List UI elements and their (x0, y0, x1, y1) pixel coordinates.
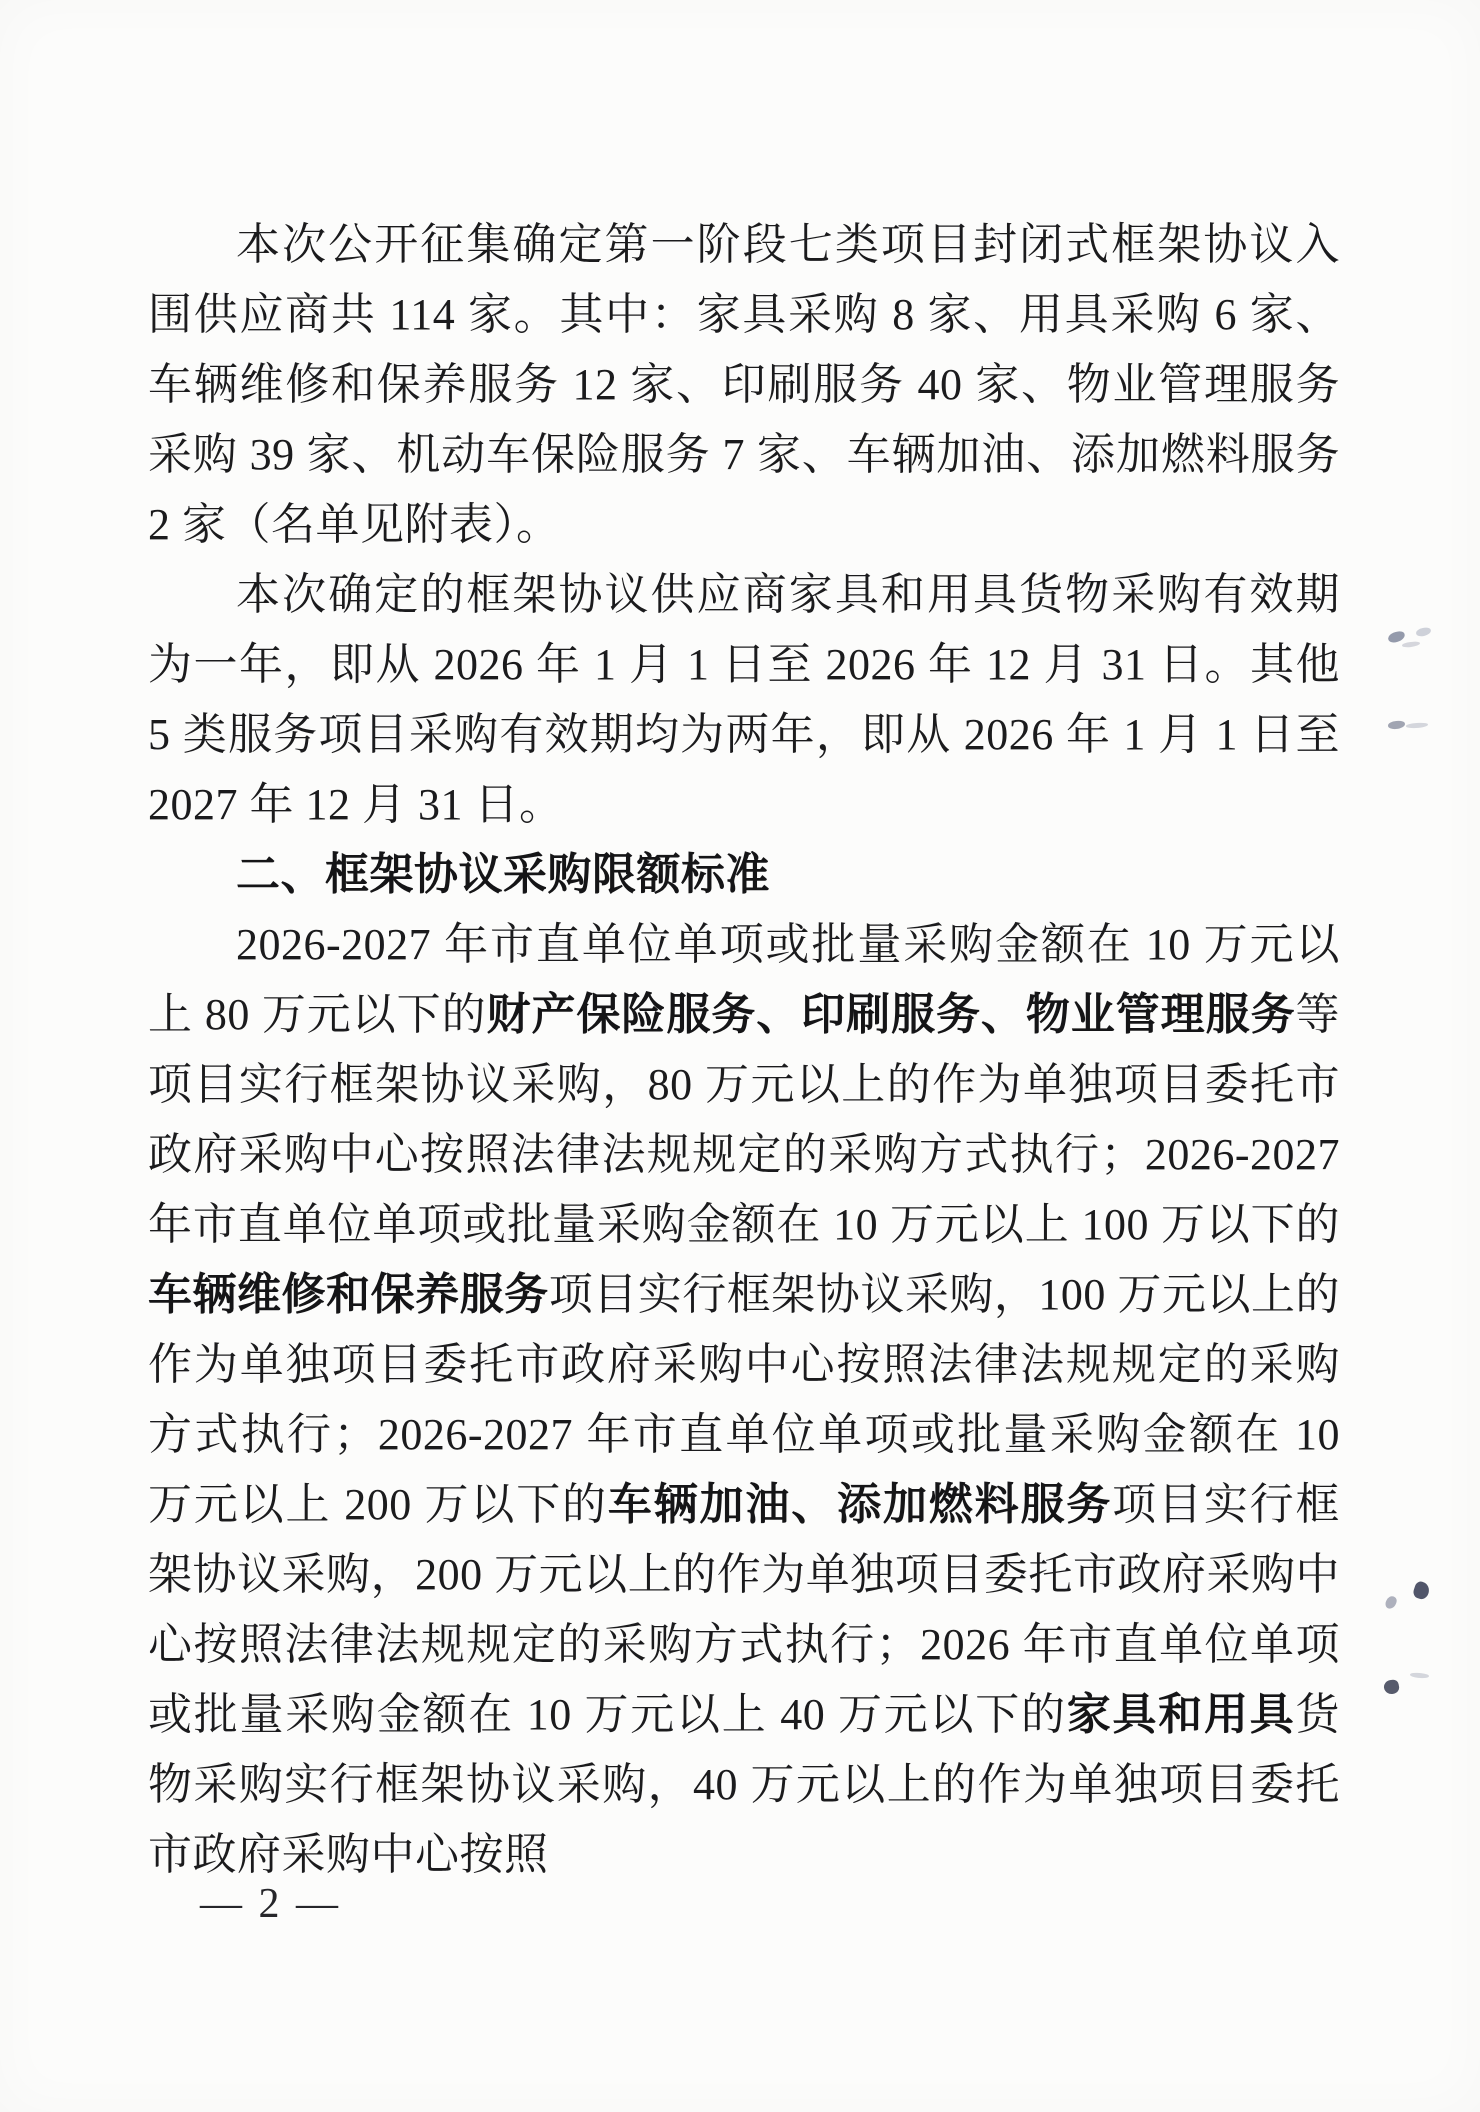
text-run-bold-furniture-and-appliances: 家具和用具 (1067, 1690, 1296, 1739)
paragraph-supplier-count: 本次公开征集确定第一阶段七类项目封闭式框架协议入围供应商共 114 家。其中：家… (148, 210, 1340, 560)
document-page: 本次公开征集确定第一阶段七类项目封闭式框架协议入围供应商共 114 家。其中：家… (0, 0, 1480, 2112)
scan-artifact (1402, 641, 1420, 648)
text-run-bold-vehicle-refueling-services: 车辆加油、添加燃料服务 (608, 1480, 1112, 1529)
scan-artifact (1383, 1679, 1400, 1695)
text-run-bold-property-insurance-services: 财产保险服务、印刷服务、物业管理服务 (487, 990, 1296, 1039)
scan-artifact (1406, 722, 1428, 728)
scan-artifact (1415, 627, 1431, 637)
document-body: 本次公开征集确定第一阶段七类项目封闭式框架协议入围供应商共 114 家。其中：家… (148, 210, 1340, 1890)
paragraph-limit-standards: 2026-2027 年市直单位单项或批量采购金额在 10 万元以上 80 万元以… (148, 910, 1340, 1890)
section-heading-limits: 二、框架协议采购限额标准 (148, 840, 1340, 910)
scan-artifact (1410, 1672, 1429, 1679)
scan-artifact (1384, 1595, 1398, 1611)
scan-artifact (1388, 720, 1406, 729)
text-run: 本次确定的框架协议供应商家具和用具货物采购有效期为一年，即从 2026 年 1 … (148, 570, 1340, 829)
paragraph-validity-period: 本次确定的框架协议供应商家具和用具货物采购有效期为一年，即从 2026 年 1 … (148, 560, 1340, 840)
text-run-bold-vehicle-maintenance-services: 车辆维修和保养服务 (148, 1270, 549, 1319)
text-run: 本次公开征集确定第一阶段七类项目封闭式框架协议入围供应商共 114 家。其中：家… (148, 220, 1340, 549)
scan-artifact (1412, 1580, 1432, 1601)
scan-artifact (1387, 630, 1406, 644)
page-number: — 2 — (200, 1880, 341, 1928)
